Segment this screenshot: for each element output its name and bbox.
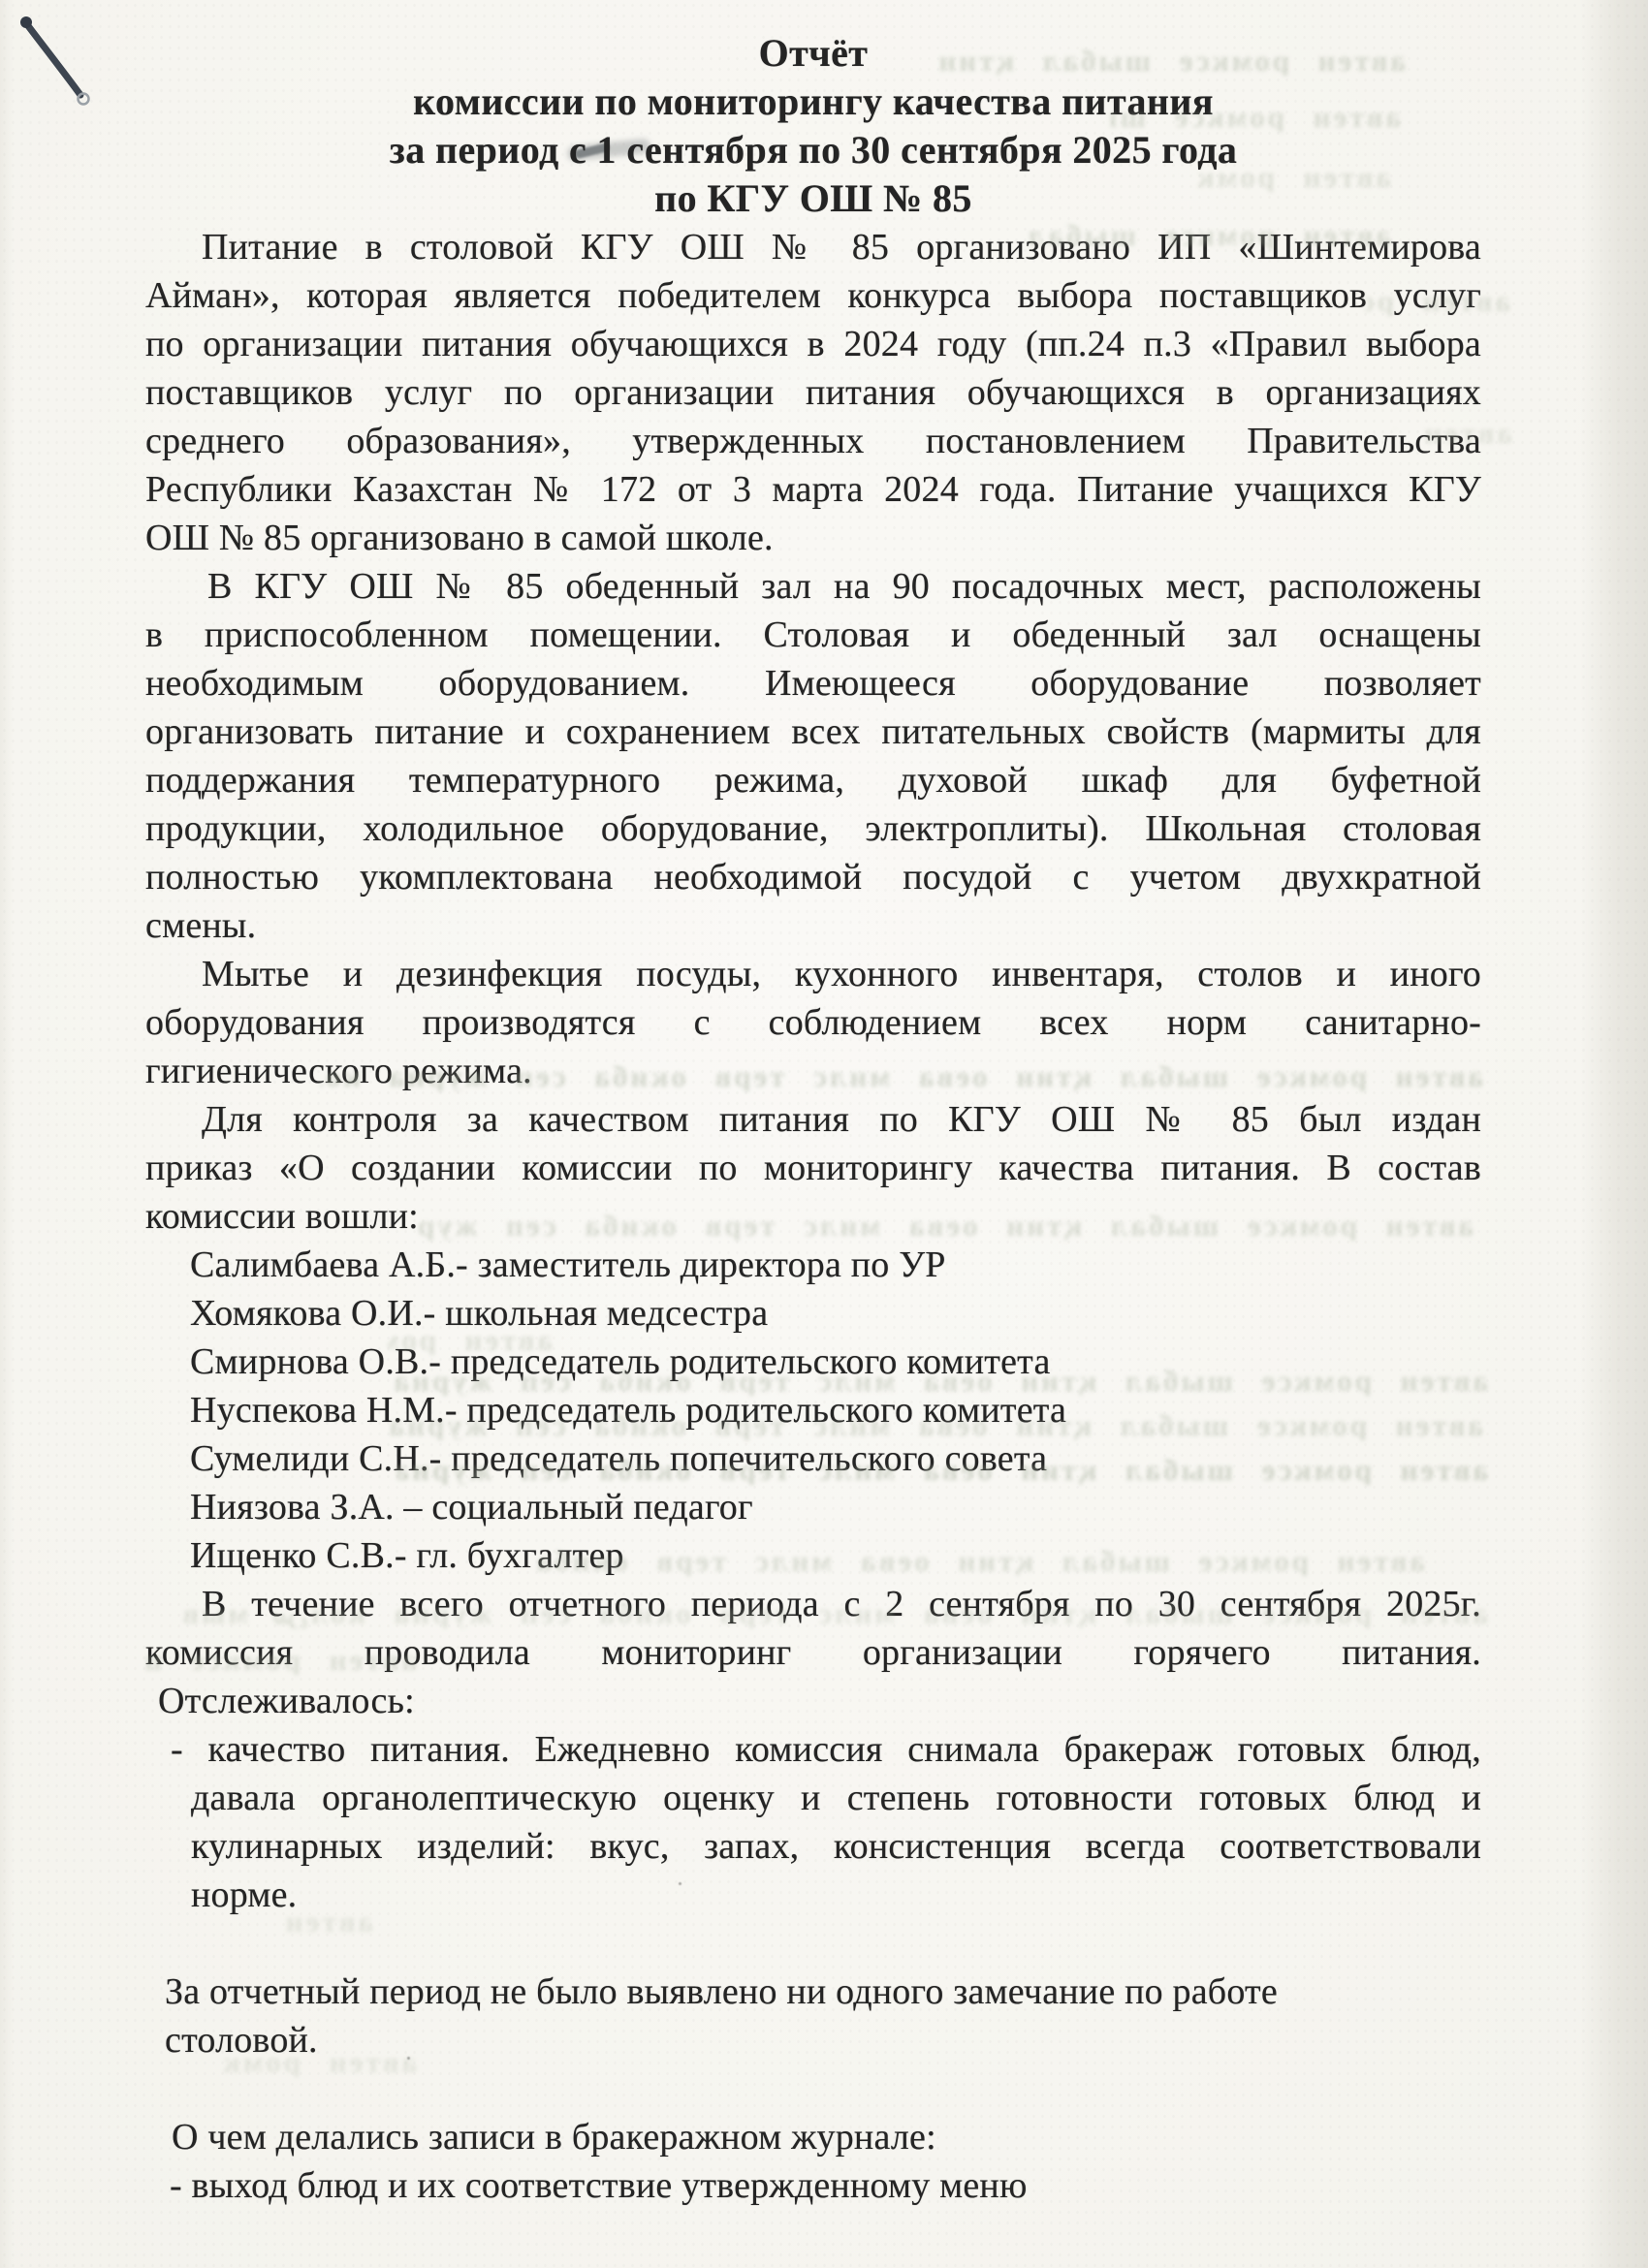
paragraph-line: приказ «О создании комиссии по мониторин… [145, 1144, 1481, 1192]
commission-member: Смирнова О.В.- председатель родительског… [145, 1338, 1481, 1386]
paragraph-line: За отчетный период не было выявлено ни о… [145, 1968, 1481, 2016]
paragraph-line: в приспособленном помещении. Столовая и … [145, 611, 1481, 659]
scan-speck-artifact [1057, 589, 1060, 592]
journal-record-item: - выход блюд и их соответствие утвержден… [145, 2161, 1481, 2210]
bullet-line: - качество питания. Ежедневно комиссия с… [145, 1725, 1481, 1774]
scan-speck-artifact [679, 1882, 681, 1885]
bullet-food-quality: - качество питания. Ежедневно комиссия с… [145, 1725, 1481, 1919]
scan-speck-artifact [407, 2057, 410, 2060]
scanned-document-page: Отчёт комиссии по мониторингу качества п… [0, 0, 1648, 2268]
paragraph-line: среднего образования», утвержденных пост… [145, 417, 1481, 465]
paragraph-line: Питание в столовой КГУ ОШ № 85 организов… [145, 223, 1481, 271]
paragraph-line: В течение всего отчетного периода с 2 се… [145, 1580, 1481, 1628]
paragraph-commission-order: Для контроля за качеством питания по КГУ… [145, 1095, 1481, 1241]
blank-line [145, 2064, 1481, 2113]
pen-mark-artifact [16, 12, 112, 128]
paragraph-line: Республики Казахстан № 172 от 3 марта 20… [145, 465, 1481, 514]
title-line-1: Отчёт [145, 29, 1481, 78]
paragraph-line: Для контроля за качеством питания по КГУ… [145, 1095, 1481, 1144]
paragraph-catering-provider: Питание в столовой КГУ ОШ № 85 организов… [145, 223, 1481, 562]
commission-member: Ищенко С.В.- гл. бухгалтер [145, 1531, 1481, 1580]
paragraph-line: В КГУ ОШ № 85 обеденный зал на 90 посадо… [145, 562, 1481, 611]
paragraph-line: оборудования производятся с соблюдением … [145, 998, 1481, 1047]
paragraph-line: столовой. [145, 2016, 1481, 2064]
commission-member: Ниязова З.А. – социальный педагог [145, 1483, 1481, 1531]
journal-records-heading: О чем делались записи в бракеражном журн… [145, 2113, 1481, 2161]
blank-line [145, 1919, 1481, 1968]
paragraph-line: ОШ № 85 организовано в самой школе. [145, 514, 1481, 562]
paragraph-line: продукции, холодильное оборудование, эле… [145, 804, 1481, 853]
bullet-line: давала органолептическую оценку и степен… [145, 1774, 1481, 1822]
scan-speck-artifact [1102, 291, 1106, 295]
commission-member: Нуспекова Н.М.- председатель родительско… [145, 1386, 1481, 1434]
paragraph-line: необходимым оборудованием. Имеющееся обо… [145, 659, 1481, 708]
title-line-2: комиссии по мониторингу качества питания [145, 78, 1481, 126]
scan-speck-artifact [254, 240, 258, 244]
commission-members-list: Салимбаева А.Б.- заместитель директора п… [145, 1241, 1481, 1580]
paragraph-line: комиссии вошли: [145, 1192, 1481, 1241]
paragraph-dining-hall: В КГУ ОШ № 85 обеденный зал на 90 посадо… [145, 562, 1481, 950]
commission-member: Сумелиди С.Н.- председатель попечительск… [145, 1434, 1481, 1483]
paragraph-line: полностью укомплектована необходимой пос… [145, 853, 1481, 901]
bullet-line: кулинарных изделий: вкус, запах, консист… [145, 1822, 1481, 1871]
paragraph-line: гигиенического режима. [145, 1047, 1481, 1095]
paragraph-line: по организации питания обучающихся в 202… [145, 320, 1481, 368]
paragraph-no-remarks: За отчетный период не было выявлено ни о… [145, 1968, 1481, 2064]
title-line-4: по КГУ ОШ № 85 [145, 174, 1481, 223]
paragraph-line: поддержания температурного режима, духов… [145, 756, 1481, 804]
document-content: Отчёт комиссии по мониторингу качества п… [145, 29, 1481, 2210]
paragraph-line: Мытье и дезинфекция посуды, кухонного ин… [145, 950, 1481, 998]
title-line-3: за период с 1 сентября по 30 сентября 20… [145, 126, 1481, 174]
paragraph-line: комиссия проводила мониторинг организаци… [145, 1628, 1481, 1677]
commission-member: Хомякова О.И.- школьная медсестра [145, 1289, 1481, 1338]
paragraph-line: организовать питание и сохранением всех … [145, 708, 1481, 756]
paragraph-monitoring-period: В течение всего отчетного периода с 2 се… [145, 1580, 1481, 1725]
commission-member: Салимбаева А.Б.- заместитель директора п… [145, 1241, 1481, 1289]
paragraph-line: Отслеживалось: [145, 1677, 1481, 1725]
paragraph-sanitation: Мытье и дезинфекция посуды, кухонного ин… [145, 950, 1481, 1095]
paragraph-line: смены. [145, 901, 1481, 950]
paragraph-line: Айман», которая является победителем кон… [145, 271, 1481, 320]
bullet-line: норме. [145, 1871, 1481, 1919]
paragraph-line: поставщиков услуг по организации питания… [145, 368, 1481, 417]
